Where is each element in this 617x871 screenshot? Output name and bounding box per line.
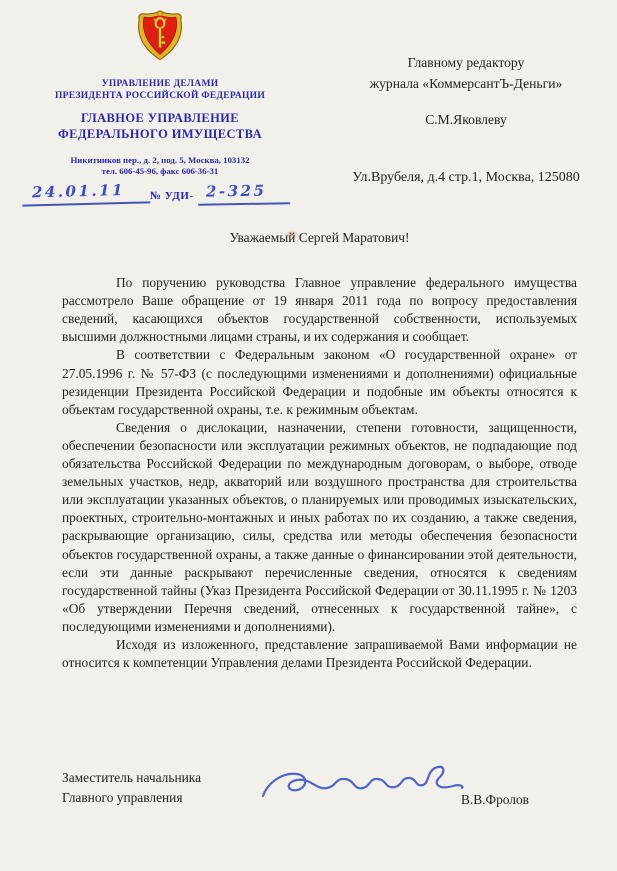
department-name-line2: ФЕДЕРАЛЬНОГО ИМУЩЕСТВА bbox=[12, 127, 308, 143]
handwritten-date: 24.01.11 bbox=[22, 180, 151, 206]
paragraph-2: В соответствии с Федеральным законом «О … bbox=[62, 346, 577, 418]
recipient-address: Ул.Врубеля, д.4 стр.1, Москва, 125080 bbox=[322, 167, 610, 188]
paragraph-1: По поручению руководства Главное управле… bbox=[62, 274, 577, 346]
sender-address-line1: Никитников пер., д. 2, под. 5, Москва, 1… bbox=[12, 155, 308, 166]
org-name: УПРАВЛЕНИЕ ДЕЛАМИ ПРЕЗИДЕНТА РОССИЙСКОЙ … bbox=[12, 78, 308, 102]
emblem-crest-icon bbox=[12, 6, 308, 66]
recipient-title-line1: Главному редактору bbox=[322, 52, 610, 73]
department-name-line1: ГЛАВНОЕ УПРАВЛЕНИЕ bbox=[12, 111, 308, 127]
sender-address-line2: тел. 606-45-96, факс 606-36-31 bbox=[12, 166, 308, 177]
letter-body: Уважаемый Сергей Маратович! По поручению… bbox=[62, 229, 577, 672]
sender-address: Никитников пер., д. 2, под. 5, Москва, 1… bbox=[12, 155, 308, 177]
letterhead: УПРАВЛЕНИЕ ДЕЛАМИ ПРЕЗИДЕНТА РОССИЙСКОЙ … bbox=[12, 6, 308, 177]
department-name: ГЛАВНОЕ УПРАВЛЕНИЕ ФЕДЕРАЛЬНОГО ИМУЩЕСТВ… bbox=[12, 111, 308, 142]
org-name-line2: ПРЕЗИДЕНТА РОССИЙСКОЙ ФЕДЕРАЦИИ bbox=[12, 90, 308, 102]
handwritten-reference-number: 2-325 bbox=[197, 181, 289, 206]
handwritten-signature bbox=[257, 760, 469, 813]
recipient-title-line2: журнала «КоммерсантЪ-Деньги» bbox=[322, 73, 610, 94]
signature-block: Заместитель начальника Главного управлен… bbox=[62, 768, 577, 838]
signer-name: В.В.Фролов bbox=[461, 792, 529, 808]
reference-number-label: № УДИ- bbox=[150, 190, 194, 202]
scanned-letter-page: УПРАВЛЕНИЕ ДЕЛАМИ ПРЕЗИДЕНТА РОССИЙСКОЙ … bbox=[0, 0, 617, 871]
paragraph-3: Сведения о дислокации, назначении, степе… bbox=[62, 419, 577, 636]
paragraph-4: Исходя из изложенного, представление зап… bbox=[62, 636, 577, 672]
reference-line: 24.01.11№ УДИ- 2-325 bbox=[22, 182, 312, 205]
recipient-block: Главному редактору журнала «КоммерсантЪ-… bbox=[322, 52, 610, 188]
recipient-name: С.М.Яковлеву bbox=[322, 109, 610, 130]
salutation: Уважаемый Сергей Маратович! bbox=[62, 229, 577, 247]
org-name-line1: УПРАВЛЕНИЕ ДЕЛАМИ bbox=[12, 78, 308, 90]
